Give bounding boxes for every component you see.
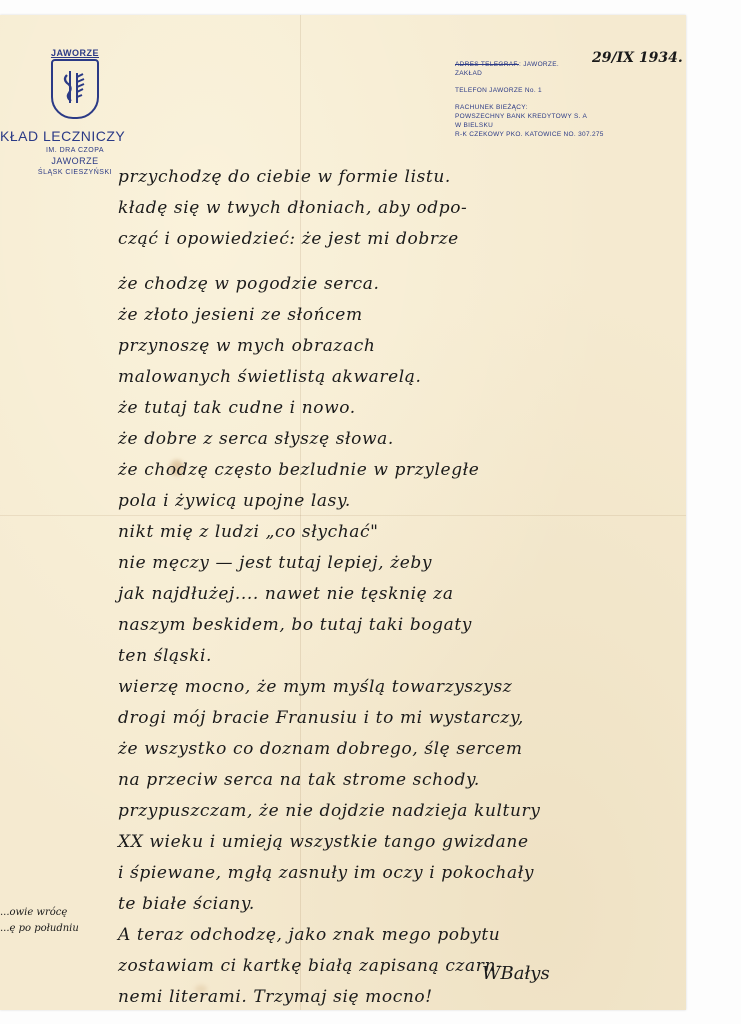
letter-line: XX wieku i umieją wszystkie tango gwizda… [118, 827, 678, 858]
letter-line: nie męczy — jest tutaj lepiej, żeby [118, 548, 678, 579]
telegraph-struck: ADRES TELEGRAF. [455, 61, 519, 68]
telegraph-line-2: ZAKŁAD [455, 69, 604, 78]
telegraph-line: ADRES TELEGRAF.: JAWORZE. [455, 60, 604, 69]
signature: WBałys [482, 963, 550, 984]
institution-named-after: IM. DRA CZOPA [0, 147, 150, 154]
phone-line: TELEFON JAWORZE No. 1 [455, 86, 604, 95]
caduceus-icon [59, 67, 89, 107]
letter-line: cząć i opowiedzieć: że jest mi dobrze [118, 224, 678, 255]
letter-line: nemi literami. Trzymaj się mocno! [118, 982, 678, 1013]
letter-line: drogi mój bracie Franusiu i to mi wystar… [118, 703, 678, 734]
letter-line: że tutaj tak cudne i nowo. [118, 393, 678, 424]
letter-line: że chodzę często bezludnie w przyległe [118, 455, 678, 486]
institution-name: KŁAD LECZNICZY [0, 128, 150, 144]
margin-note-line: ...owie wrócę [0, 905, 79, 921]
letter-line: przynoszę w mych obrazach [118, 331, 678, 362]
letter-line: te białe ściany. [118, 889, 678, 920]
letter-line: kładę się w twych dłoniach, aby odpo- [118, 193, 678, 224]
bank-name: POWSZECHNY BANK KREDYTOWY S. A [455, 112, 604, 121]
letter-line: naszym beskidem, bo tutaj taki bogaty [118, 610, 678, 641]
bank-city: W BIELSKU [455, 121, 604, 130]
letter-line: że chodzę w pogodzie serca. [118, 269, 678, 300]
letter-line: że dobre z serca słyszę słowa. [118, 424, 678, 455]
letter-line: i śpiewane, mgłą zasnuły im oczy i pokoc… [118, 858, 678, 889]
letter-line: nikt mię z ludzi „co słychać" [118, 517, 678, 548]
telegraph-value: : JAWORZE. [519, 61, 559, 68]
letter-line: zostawiam ci kartkę białą zapisaną czarn… [118, 951, 678, 982]
cheque-account: R-K CZEKOWY PKO. KATOWICE NO. 307.275 [455, 130, 604, 139]
crest-title: JAWORZE [49, 48, 101, 58]
shield-icon [51, 59, 99, 119]
letter-line: przychodzę do ciebie w formie listu. [118, 162, 678, 193]
account-label: RACHUNEK BIEŻĄCY: [455, 103, 604, 112]
letter-line: że złoto jesieni ze słońcem [118, 300, 678, 331]
letter-line: A teraz odchodzę, jako znak mego pobytu [118, 920, 678, 951]
letter-body: przychodzę do ciebie w formie listu. kła… [118, 162, 678, 1013]
letter-line: jak najdłużej.... nawet nie tęsknię za [118, 579, 678, 610]
letter-date: 29/IX 1934. [592, 50, 683, 66]
letter-line: wierzę mocno, że mym myślą towarzyszysz [118, 672, 678, 703]
margin-note: ...owie wrócę ...ę po południu [0, 905, 79, 937]
letter-line: malowanych świetlistą akwarelą. [118, 362, 678, 393]
letter-line: przypuszczam, że nie dojdzie nadzieja ku… [118, 796, 678, 827]
margin-note-line: ...ę po południu [0, 921, 79, 937]
letter-line: ten śląski. [118, 641, 678, 672]
letterhead-left: JAWORZE KŁAD LECZNICZY IM. DRA CZOPA JAW… [0, 48, 150, 176]
crest: JAWORZE [49, 48, 101, 122]
letterhead-contact: ADRES TELEGRAF.: JAWORZE. ZAKŁAD TELEFON… [455, 60, 604, 139]
letter-line: że wszystko co doznam dobrego, ślę serce… [118, 734, 678, 765]
letter-line: pola i żywicą upojne lasy. [118, 486, 678, 517]
letter-line: na przeciw serca na tak strome schody. [118, 765, 678, 796]
